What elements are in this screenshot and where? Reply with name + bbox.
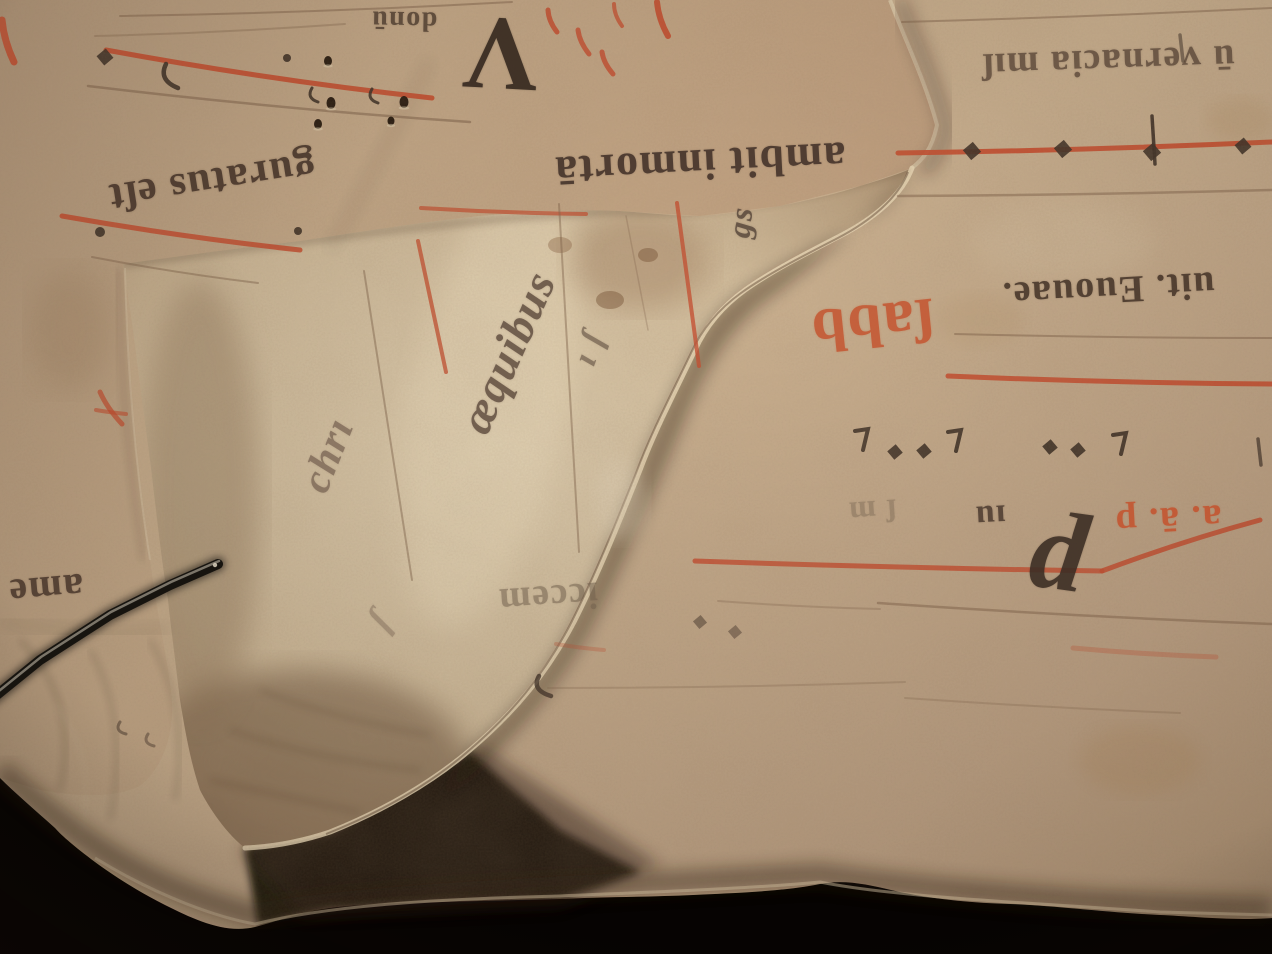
foreground-layer [0,0,1272,954]
tweezers-tip-glint [213,563,217,567]
photo-of-parchment-manuscript: Vdonūguratus eſtambit inmortāū vernacia … [0,0,1272,954]
tweezers-tool [0,561,219,702]
tweezers-shadow [0,564,218,702]
